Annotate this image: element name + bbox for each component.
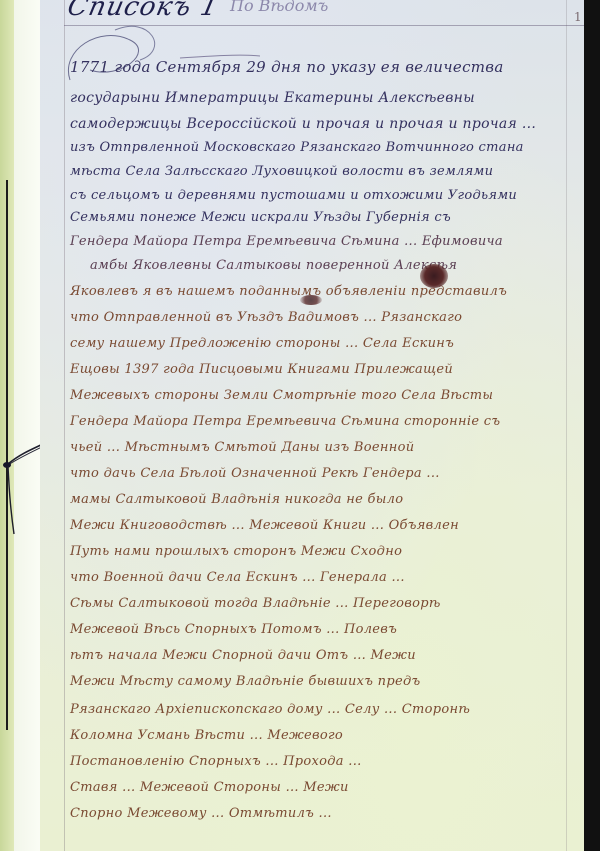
manuscript-photo: Списокъ 1 По Вѣдомъ 1 1771 года Сентября…	[0, 0, 600, 851]
left-margin-rule	[64, 0, 65, 851]
document-header-subtitle: По Вѣдомъ	[230, 0, 328, 15]
text-line: съ сельцомъ и деревнями пустошами и отхо…	[70, 188, 517, 203]
text-line: Яковлевъ я въ нашемъ поданнымъ объявлені…	[70, 284, 507, 299]
text-line: Семьями понеже Межи искрали Уѣзды Губерн…	[70, 210, 451, 225]
page-number: 1	[574, 10, 582, 24]
text-line: сему нашему Предложенію стороны ... Села…	[70, 336, 454, 351]
text-line: мамы Салтыковой Владѣнія никогда не было	[70, 492, 403, 507]
text-line: изъ Отпрвленной Московскаго Рязанскаго В…	[70, 140, 524, 155]
text-line: Межи Книговодствѣ ... Межевой Книги ... …	[70, 518, 459, 533]
text-line: Коломна Усмань Вѣсти ... Межевого	[70, 728, 343, 743]
text-line: что дачь Села Бѣлой Означенной Рекѣ Генд…	[70, 466, 440, 481]
text-line: самодержицы Всероссійской и прочая и про…	[70, 116, 536, 132]
text-line: чьей ... Мѣстнымъ Смѣтой Даны изъ Военно…	[70, 440, 414, 455]
text-line: Гендера Майора Петра Еремѣевича Сѣмина с…	[70, 414, 500, 429]
text-line: Постановленію Спорныхъ ... Прохода ...	[70, 754, 362, 769]
text-line: государыни Императрицы Екатерины Алексѣе…	[70, 90, 475, 106]
text-line: Путь нами прошлыхъ сторонъ Межи Сходно	[70, 544, 402, 559]
text-line: Ещовы 1397 года Писцовыми Книгами Прилеж…	[70, 362, 453, 377]
text-line: Сѣмы Салтыковой тогда Владѣніе ... Перег…	[70, 596, 441, 611]
binding-thread-tail-icon	[6, 466, 16, 536]
text-line: Межи Мѣсту самому Владѣніе бывшихъ предъ	[70, 674, 420, 689]
text-line: мѣста Села Залѣсскаго Луховицкой волости…	[70, 164, 493, 179]
text-line: что Военной дачи Села Ескинъ ... Генерал…	[70, 570, 405, 585]
right-shadow	[584, 0, 600, 851]
text-line: Ставя ... Межевой Стороны ... Межи	[70, 780, 349, 795]
document-header-title: Списокъ 1	[65, 0, 222, 22]
text-line: 1771 года Сентября 29 дня по указу ея ве…	[70, 58, 504, 76]
text-line: Рязанскаго Архіепископскаго дому ... Сел…	[70, 702, 470, 717]
text-line: Спорно Межевому ... Отмѣтилъ ...	[70, 806, 332, 821]
text-line: амбы Яковлевны Салтыковы поверенной Алек…	[90, 258, 457, 273]
text-line: Межевой Вѣсь Спорныхъ Потомъ ... Полевъ	[70, 622, 397, 637]
text-line: Межевыхъ стороны Земли Смотрѣніе того Се…	[70, 388, 493, 403]
ink-blot	[300, 295, 322, 305]
text-line: ѣтъ начала Межи Спорной дачи Отъ ... Меж…	[70, 648, 416, 663]
text-line: Гендера Майора Петра Еремѣевича Сѣмина .…	[70, 234, 503, 249]
text-line: что Отправленной въ Уѣздъ Вадимовъ ... Р…	[70, 310, 462, 325]
right-margin-rule	[566, 0, 567, 851]
initial-flourish-icon	[60, 20, 260, 90]
ink-blot	[420, 264, 448, 288]
